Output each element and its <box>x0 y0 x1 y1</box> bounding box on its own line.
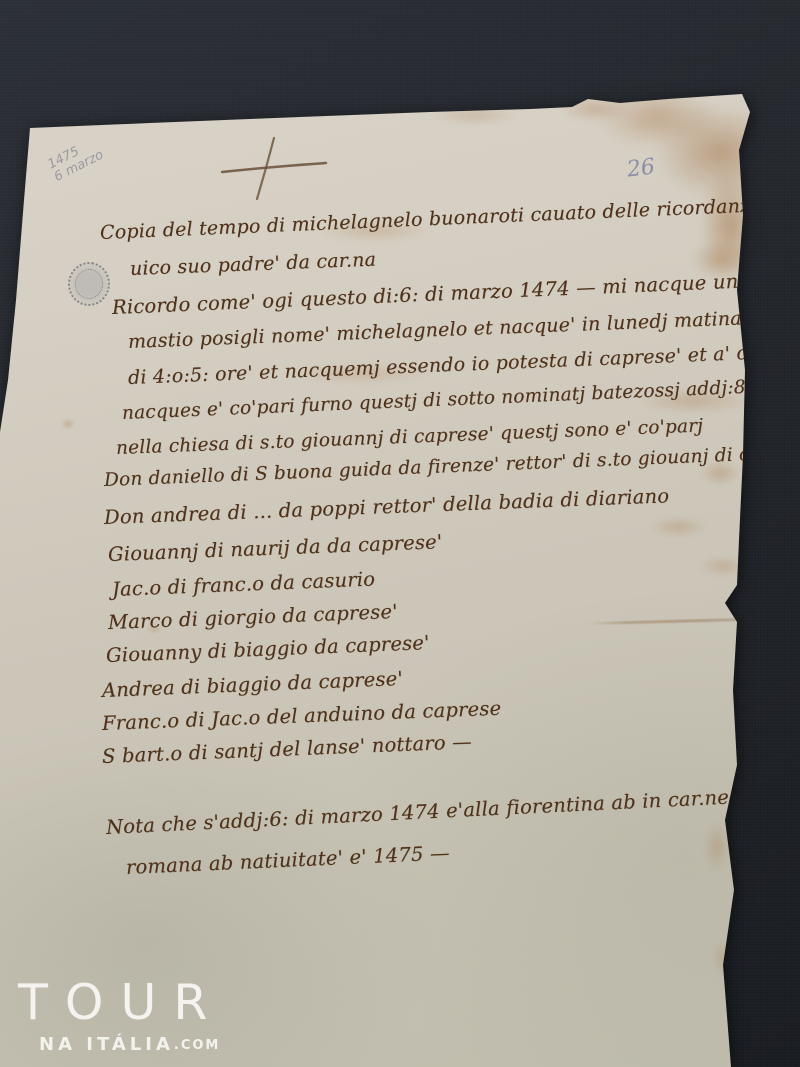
manuscript-line: Jac.o di franc.o da casurio <box>112 567 376 601</box>
manuscript-line: Giouannj di naurij da da caprese' <box>108 530 443 566</box>
stain <box>560 96 630 122</box>
manuscript-note-line: romana ab natiuitate' e' 1475 — <box>125 841 450 879</box>
watermark-brand: TOUR <box>18 974 224 1031</box>
manuscript-line: S bart.o di santj del lanse' nottaro — <box>102 730 473 768</box>
manuscript-line: Andrea di biaggio da caprese' <box>102 667 404 702</box>
photo-backdrop: 1475 6 marzo 26 Copia del tempo di miche… <box>0 0 800 1067</box>
watermark: TOUR NA ITÁLIA.COM <box>18 978 224 1054</box>
manuscript-note-line: Nota che s'addj:6: di marzo 1474 e'alla … <box>105 782 798 839</box>
cross-mark-icon <box>214 134 332 202</box>
fold-crease <box>588 618 746 625</box>
paper-shadow: 1475 6 marzo 26 Copia del tempo di miche… <box>0 0 800 1067</box>
manuscript-line: Marco di giorgio da caprese' <box>108 600 399 634</box>
library-stamp-icon <box>65 259 113 308</box>
stain <box>598 88 718 148</box>
stain <box>700 556 746 576</box>
pencil-date-note: 1475 6 marzo <box>46 136 106 185</box>
stain <box>60 418 76 430</box>
stain <box>704 822 730 872</box>
stain <box>655 105 785 200</box>
stain <box>648 516 708 538</box>
stain <box>430 104 520 126</box>
stain <box>712 940 732 976</box>
watermark-subtitle-text: NA ITÁLIA <box>39 1034 174 1055</box>
folio-number: 26 <box>626 154 657 182</box>
watermark-domain-suffix: .COM <box>174 1038 220 1053</box>
manuscript-page: 1475 6 marzo 26 Copia del tempo di miche… <box>0 0 800 1067</box>
manuscript-heading-line: Copia del tempo di michelagnelo buonarot… <box>100 191 800 244</box>
manuscript-heading-line: uico suo padre' da car.na <box>130 249 377 280</box>
manuscript-line: Franc.o di Jac.o del anduino da caprese <box>102 697 502 735</box>
manuscript-line: Don andrea di ... da poppi rettor' della… <box>104 484 670 529</box>
stain <box>700 170 760 280</box>
watermark-subtitle: NA ITÁLIA.COM <box>39 1036 224 1054</box>
manuscript-line: Giouanny di biaggio da caprese' <box>106 631 430 667</box>
